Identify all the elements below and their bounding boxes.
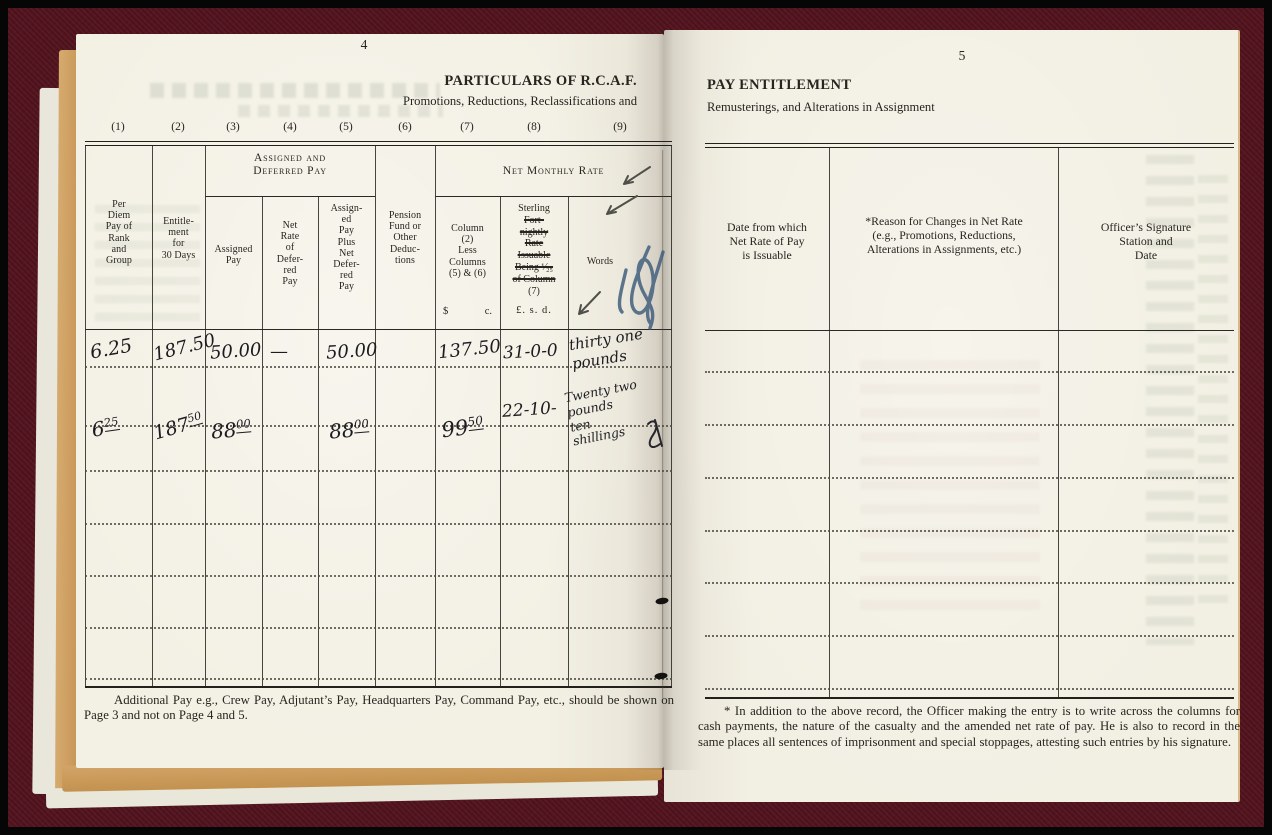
row-rule bbox=[85, 575, 672, 577]
table-bottom-rule-right bbox=[705, 697, 1234, 699]
sterling-line-struck: of Column bbox=[501, 274, 567, 286]
units-pounds-shillings-pence: £. s. d. bbox=[501, 305, 567, 316]
col-header-assigned-pay: Assigned Pay bbox=[206, 244, 261, 266]
col-header-date-issuable: Date from which Net Rate of Pay is Issua… bbox=[707, 220, 827, 262]
row-rule bbox=[705, 582, 1234, 584]
sterling-line-struck: Being ¹⁄₂₅ bbox=[501, 262, 567, 274]
value-sup: 00 bbox=[235, 417, 251, 434]
group-underline-assigned bbox=[205, 196, 375, 197]
group-header-assigned-deferred: Assigned and Deferred Pay bbox=[205, 152, 375, 178]
column-number-9: (9) bbox=[600, 121, 640, 133]
row-rule bbox=[705, 530, 1234, 532]
sterling-line-struck: Issuable bbox=[501, 250, 567, 262]
column-number-5: (5) bbox=[326, 121, 366, 133]
sterling-line-struck: Rate bbox=[501, 238, 567, 250]
col-header-per-diem: Per Diem Pay of Rank and Group bbox=[86, 199, 152, 266]
value-main: 88 bbox=[210, 418, 237, 444]
row-rule bbox=[85, 678, 672, 680]
grid-line bbox=[829, 148, 830, 697]
left-page-footnote: Additional Pay e.g., Crew Pay, Adjutant’… bbox=[84, 693, 674, 724]
sterling-line-struck: nightly bbox=[501, 227, 567, 239]
col-header-net-rate-deferred: Net Rate of Defer- red Pay bbox=[263, 220, 317, 287]
col-header-pension-fund: Pension Fund or Other Deduc- tions bbox=[376, 210, 434, 266]
sterling-line-struck: Fort- bbox=[501, 215, 567, 227]
column-number-7: (7) bbox=[447, 121, 487, 133]
col-header-reason-for-changes: *Reason for Changes in Net Rate (e.g., P… bbox=[833, 214, 1055, 256]
row-rule bbox=[85, 523, 672, 525]
right-page-number: 5 bbox=[950, 48, 974, 64]
units-dollars-cents: $ c. bbox=[436, 306, 499, 317]
column-number-1: (1) bbox=[98, 121, 138, 133]
row-rule bbox=[85, 470, 672, 472]
entry-assigned-plus-row2: 8800 bbox=[326, 392, 370, 443]
pay-book-scan: 4 PARTICULARS OF R.C.A.F. Promotions, Re… bbox=[0, 0, 1272, 835]
column-number-6: (6) bbox=[385, 121, 425, 133]
col-header-officers-signature: Officer’s Signature Station and Date bbox=[1060, 220, 1232, 262]
grid-line bbox=[568, 197, 569, 686]
value-main: 88 bbox=[328, 418, 355, 444]
row-rule bbox=[705, 371, 1234, 373]
entry-assigned-row2: 8800 bbox=[208, 392, 252, 443]
value-sup: 50 bbox=[467, 413, 484, 431]
col-header-assigned-plus-deferred: Assign- ed Pay Plus Net Defer- red Pay bbox=[319, 203, 374, 293]
row-rule bbox=[705, 688, 1234, 690]
column-number-2: (2) bbox=[158, 121, 198, 133]
column-number-4: (4) bbox=[270, 121, 310, 133]
entry-assigned-row1: 50.00 bbox=[209, 339, 262, 364]
column-number-3: (3) bbox=[213, 121, 253, 133]
entry-assigned-plus-row1: 50.00 bbox=[325, 339, 378, 364]
entry-col2-less-row2: 9950 bbox=[437, 390, 485, 443]
grid-line bbox=[205, 146, 206, 686]
entry-sterling-row1: 31-0-0 bbox=[503, 341, 559, 364]
entry-sterling-row2: 22-10- bbox=[501, 398, 557, 422]
header-bottom-rule-left bbox=[85, 329, 672, 330]
right-page-subtitle: Remusterings, and Alterations in Assignm… bbox=[707, 100, 1127, 115]
value-sup: 25 bbox=[103, 414, 120, 432]
header-bottom-rule-right bbox=[705, 330, 1234, 331]
sterling-line: Sterling bbox=[501, 203, 567, 215]
left-page-subtitle: Promotions, Reductions, Reclassification… bbox=[240, 94, 637, 109]
row-rule bbox=[85, 627, 672, 629]
sterling-line: (7) bbox=[501, 286, 567, 298]
column-number-8: (8) bbox=[514, 121, 554, 133]
right-page-footnote: * In addition to the above record, the O… bbox=[698, 704, 1240, 750]
group-header-net-monthly: Net Monthly Rate bbox=[435, 165, 672, 178]
col-header-words: Words bbox=[570, 256, 630, 267]
col-header-col2-less: Column (2) Less Columns (5) & (6) bbox=[436, 223, 499, 279]
row-rule bbox=[705, 424, 1234, 426]
row-rule bbox=[705, 477, 1234, 479]
dollar-sign: $ bbox=[443, 306, 448, 317]
left-page-title: PARTICULARS OF R.C.A.F. bbox=[300, 73, 637, 90]
entry-net-deferred-row1: — bbox=[270, 341, 288, 362]
table-top-rule-right bbox=[705, 143, 1234, 148]
left-page-number: 4 bbox=[352, 37, 376, 53]
row-rule bbox=[705, 635, 1234, 637]
value-sup: 00 bbox=[353, 417, 369, 434]
col-header-sterling: Sterling Fort- nightly Rate Issuable Bei… bbox=[501, 203, 567, 297]
col-header-entitlement: Entitle- ment for 30 Days bbox=[153, 216, 204, 261]
group-underline-net-monthly bbox=[435, 196, 672, 197]
cents-label: c. bbox=[485, 306, 492, 317]
value-main: 99 bbox=[440, 415, 469, 442]
table-bottom-rule-left bbox=[85, 686, 672, 688]
right-page-title: PAY ENTITLEMENT bbox=[707, 77, 1107, 94]
table-top-rule-left bbox=[85, 141, 672, 146]
